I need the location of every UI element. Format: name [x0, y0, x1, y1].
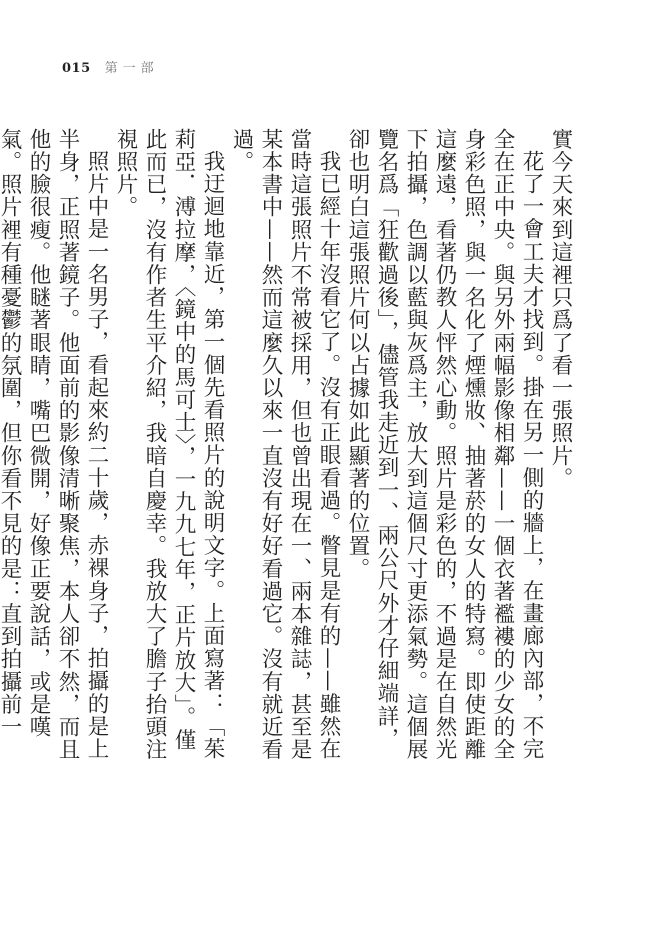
page-number: 015	[62, 61, 91, 76]
section-title: 第一部	[105, 57, 159, 76]
paragraph: 我已經十年沒看它了。沒有正眼看過。瞥見是有的——雖然在當時這張照片不常被採用，但…	[227, 128, 343, 768]
paragraph: 花了一會工夫才找到。掛在另一側的牆上，在畫廊內部，不完全在正中央。與另外兩幅影像…	[343, 128, 546, 768]
page-header: 015 第一部	[62, 57, 159, 76]
paragraph: 照片中是一名男子，看起來約二十歲，赤裸身子，拍攝的是上半身，正照著鏡子。他面前的…	[0, 128, 111, 768]
paragraph: 我迂迴地靠近，第一個先看照片的說明文字。上面寫著：「茱莉亞．溥拉摩，〈鏡中的馬可…	[111, 128, 227, 768]
paragraph: 實今天來到這裡只爲了看一張照片。	[546, 128, 575, 768]
body-text: 實今天來到這裡只爲了看一張照片。 花了一會工夫才找到。掛在另一側的牆上，在畫廊內…	[0, 128, 575, 768]
